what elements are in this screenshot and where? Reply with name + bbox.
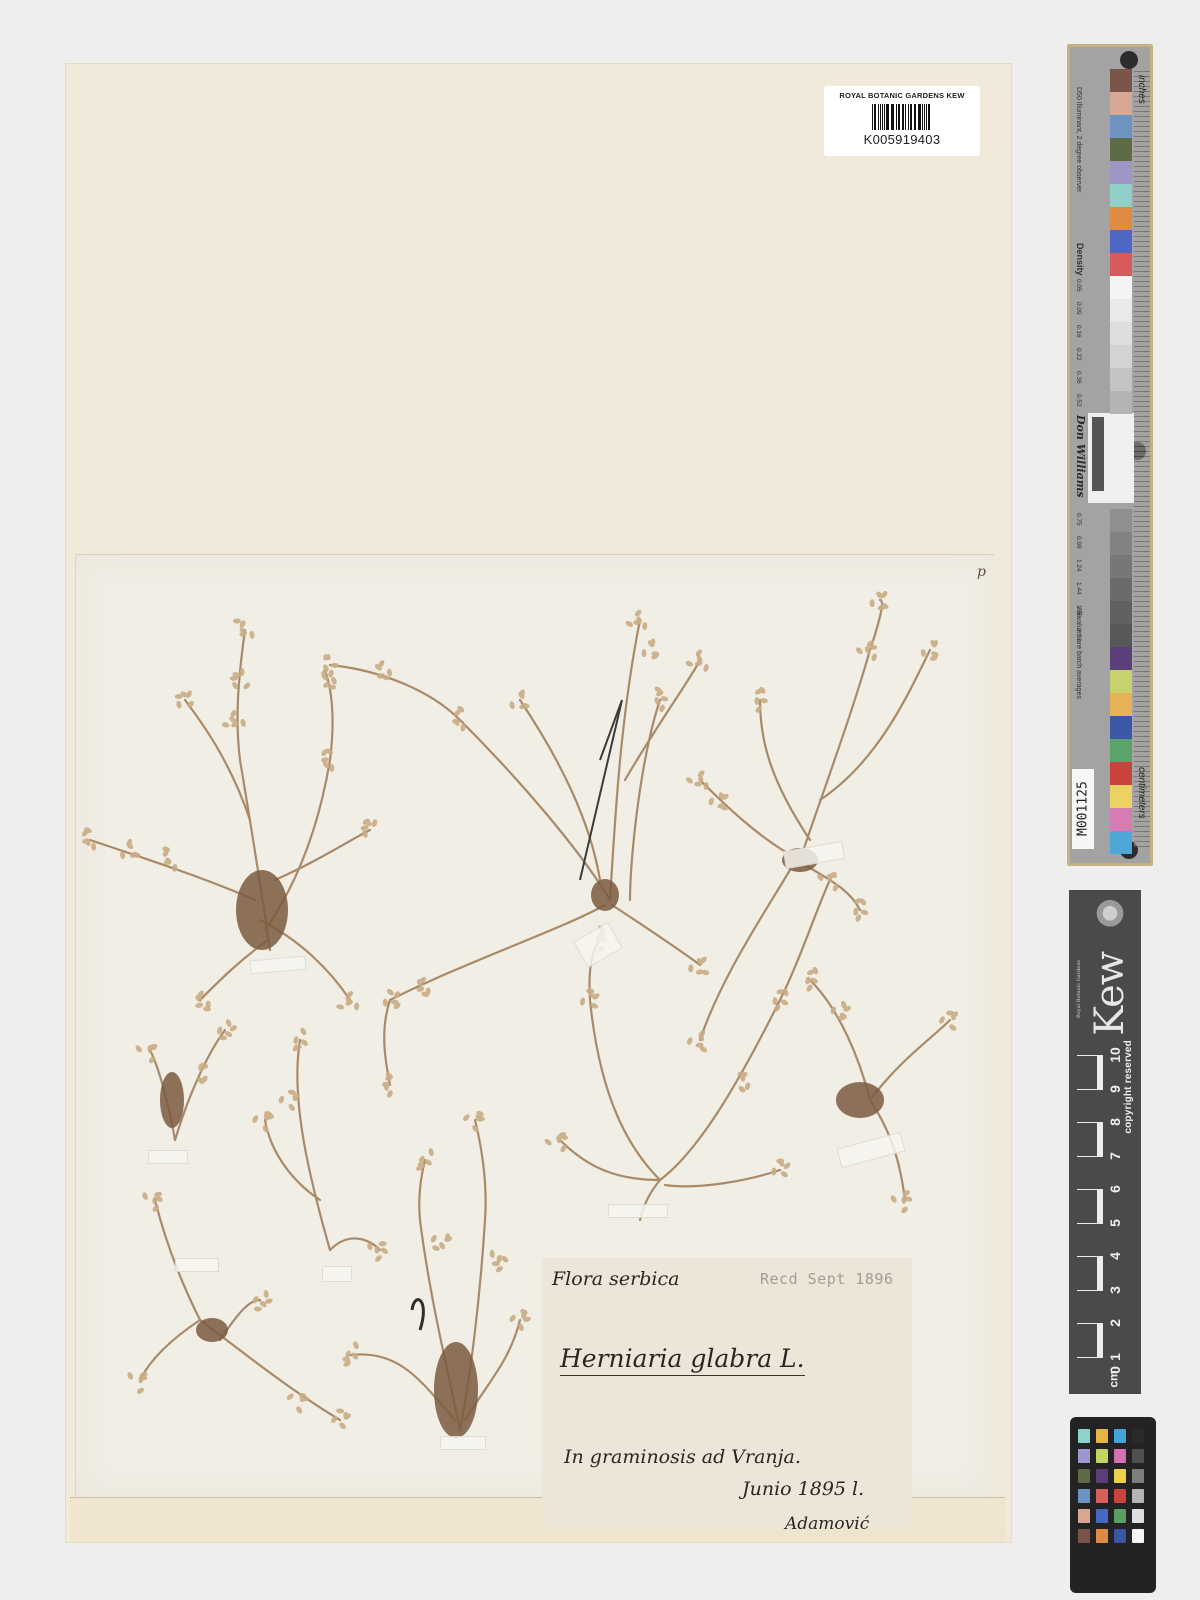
copyright-text: copyright reserved <box>1123 1040 1134 1134</box>
colour-patch <box>1078 1489 1090 1503</box>
colour-swatch <box>1110 299 1132 322</box>
colour-ruler: D50 Illuminant, 2 degree observer Densit… <box>1067 44 1153 866</box>
sheet-mark: p <box>977 564 986 580</box>
barcode-label: ROYAL BOTANIC GARDENS KEW K005919403 <box>824 86 980 156</box>
colour-swatch <box>1110 368 1132 391</box>
cm-band <box>1097 1055 1103 1089</box>
colour-swatch <box>1110 276 1132 299</box>
colour-patch <box>1132 1449 1144 1463</box>
colour-swatch <box>1110 115 1132 138</box>
colour-swatch <box>1110 532 1132 555</box>
colour-patch <box>1078 1469 1090 1483</box>
flora-line: Flora serbica <box>552 1268 679 1290</box>
ruler-tick-scale <box>1134 67 1150 847</box>
colour-swatch <box>1110 762 1132 785</box>
colour-swatch <box>1110 739 1132 762</box>
colour-swatch <box>1110 230 1132 253</box>
colour-swatch <box>1110 693 1132 716</box>
barcode-bar <box>930 104 932 130</box>
colour-swatch <box>1110 785 1132 808</box>
colour-swatch <box>1110 509 1132 532</box>
colour-patch <box>1114 1509 1126 1523</box>
colour-swatch <box>1110 138 1132 161</box>
mounting-tape <box>175 1258 219 1272</box>
cm-number: 4 <box>1107 1246 1123 1266</box>
collector-signature: Adamović <box>785 1514 869 1534</box>
colour-swatch <box>1110 624 1132 647</box>
mounting-tape <box>322 1266 352 1282</box>
density-value: 0.98 <box>1075 536 1082 549</box>
mounting-tape <box>608 1204 668 1218</box>
density-label: Density <box>1075 243 1085 276</box>
colour-checker-card <box>1070 1417 1156 1593</box>
cm-number: 5 <box>1107 1213 1123 1233</box>
density-value: 0.22 <box>1075 348 1082 361</box>
colour-patch <box>1078 1429 1090 1443</box>
cm-scale <box>1077 1044 1103 1390</box>
colour-patch <box>1078 1529 1090 1543</box>
colour-swatch <box>1110 184 1132 207</box>
density-value: 0.16 <box>1075 325 1082 338</box>
colour-patch <box>1114 1429 1126 1443</box>
cm-band <box>1097 1122 1103 1156</box>
cm-tick <box>1077 1357 1103 1358</box>
density-value: 0.75 <box>1075 513 1082 526</box>
kew-crest-icon <box>1095 898 1125 932</box>
density-value: 1.56 <box>1075 605 1082 618</box>
colour-swatch <box>1110 670 1132 693</box>
cm-tick <box>1077 1156 1103 1157</box>
cm-number: 8 <box>1107 1112 1123 1132</box>
centimeters-label: centimeters <box>1136 767 1147 819</box>
colour-swatch <box>1110 601 1132 624</box>
cm-number: 7 <box>1107 1146 1123 1166</box>
colour-swatch <box>1110 92 1132 115</box>
cm-number: 2 <box>1107 1313 1123 1333</box>
collection-date: Junio 1895 l. <box>742 1478 864 1500</box>
barcode-number: K005919403 <box>824 132 980 147</box>
density-value: 0.36 <box>1075 371 1082 384</box>
kew-logo: Kew <box>1087 952 1133 1036</box>
cm-band <box>1097 1189 1103 1223</box>
colour-patch <box>1132 1429 1144 1443</box>
specimen-label: Flora serbica Recd Sept 1896 Herniaria g… <box>542 1258 912 1528</box>
colour-swatch <box>1110 578 1132 601</box>
mounting-tape <box>148 1150 188 1164</box>
density-value: 2.38 <box>1075 628 1082 641</box>
colour-patch <box>1096 1509 1108 1523</box>
colour-patch <box>1132 1529 1144 1543</box>
colour-patch <box>1078 1509 1090 1523</box>
colour-patch <box>1132 1509 1144 1523</box>
cm-number: 3 <box>1107 1280 1123 1300</box>
colour-swatch <box>1110 207 1132 230</box>
colour-patch <box>1078 1449 1090 1463</box>
colour-swatch <box>1110 69 1132 92</box>
cm-band <box>1097 1256 1103 1290</box>
ruler-brand: Don Williams <box>1074 415 1087 498</box>
colour-patch <box>1132 1489 1144 1503</box>
cm-tick <box>1077 1089 1103 1090</box>
cm-band <box>1097 1323 1103 1357</box>
mounting-tape <box>440 1436 486 1450</box>
institution-name: ROYAL BOTANIC GARDENS KEW <box>824 91 980 100</box>
colour-swatch <box>1110 391 1132 414</box>
density-value: 1.44 <box>1075 582 1082 595</box>
kew-scale-bar: Kew Royal Botanic Gardens copyright rese… <box>1069 890 1141 1394</box>
cm-tick <box>1077 1223 1103 1224</box>
cm-number: 10 <box>1107 1045 1123 1065</box>
density-value: 0.09 <box>1075 302 1082 315</box>
ruler-target-block <box>1088 413 1134 503</box>
colour-patch <box>1114 1449 1126 1463</box>
colour-patch <box>1114 1529 1126 1543</box>
colour-swatch <box>1110 831 1132 854</box>
colour-patch <box>1114 1469 1126 1483</box>
colour-swatch <box>1110 808 1132 831</box>
ruler-id-label: M001125 <box>1072 769 1094 849</box>
locality: In graminosis ad Vranja. <box>564 1446 801 1468</box>
colour-patch <box>1114 1489 1126 1503</box>
ruler-note-bottom: All values are batch averages <box>1075 607 1082 699</box>
colour-swatch <box>1110 322 1132 345</box>
colour-patch <box>1096 1529 1108 1543</box>
cm-number: 9 <box>1107 1079 1123 1099</box>
cm-number: 0 <box>1107 1360 1123 1380</box>
ruler-note-top: D50 Illuminant, 2 degree observer <box>1075 87 1082 192</box>
cm-number: 6 <box>1107 1179 1123 1199</box>
colour-patch <box>1096 1429 1108 1443</box>
colour-swatch <box>1110 555 1132 578</box>
received-stamp: Recd Sept 1896 <box>760 1270 893 1288</box>
colour-patch <box>1096 1469 1108 1483</box>
barcode <box>849 104 955 130</box>
colour-patch <box>1096 1489 1108 1503</box>
density-value: 1.24 <box>1075 559 1082 572</box>
colour-swatch <box>1110 716 1132 739</box>
colour-swatch <box>1110 345 1132 368</box>
colour-swatch <box>1110 161 1132 184</box>
taxon-name: Herniaria glabra L. <box>560 1344 805 1376</box>
inches-label: inches <box>1136 75 1147 104</box>
colour-swatch <box>1110 647 1132 670</box>
colour-patch <box>1096 1449 1108 1463</box>
density-value: 0.52 <box>1075 394 1082 407</box>
colour-swatch <box>1110 253 1132 276</box>
colour-patch <box>1132 1469 1144 1483</box>
density-value: 0.05 <box>1075 279 1082 292</box>
cm-tick <box>1077 1290 1103 1291</box>
kew-logo-subtext: Royal Botanic Gardens <box>1076 960 1082 1018</box>
